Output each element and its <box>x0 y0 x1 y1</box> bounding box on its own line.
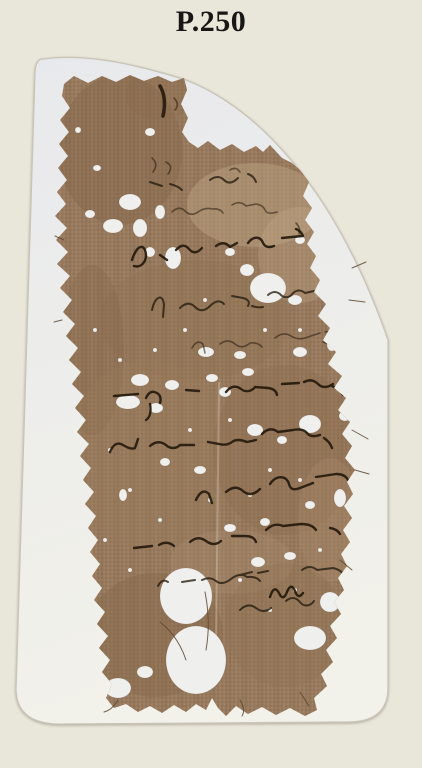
papyrus-fragment <box>54 70 369 716</box>
papyrus-photo <box>0 0 422 768</box>
photo-plate-page: P.250 <box>0 0 422 768</box>
